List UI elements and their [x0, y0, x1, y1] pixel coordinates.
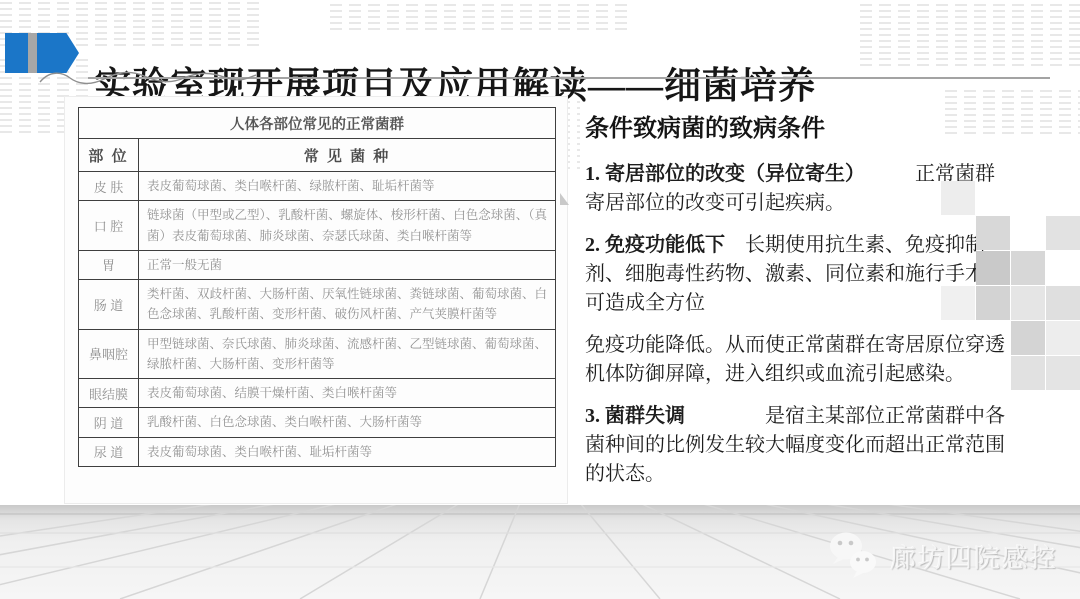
- content-point-3: 3. 菌群失调 是宿主某部位正常菌群中各菌种间的比例发生较大幅度变化而超出正常范…: [585, 402, 1009, 489]
- table-row: 肠 道 类杆菌、双歧杆菌、大肠杆菌、厌氧性链球菌、粪链球菌、葡萄球菌、白色念球菌…: [79, 280, 556, 330]
- mosaic-square: [1046, 286, 1080, 320]
- site-cell: 尿 道: [79, 437, 139, 466]
- mosaic-square: [1046, 216, 1080, 250]
- table-header-row: 部 位 常 见 菌 种: [79, 139, 556, 172]
- flora-cell: 链球菌（甲型或乙型）、乳酸杆菌、螺旋体、梭形杆菌、白色念球菌、（真菌）表皮葡萄球…: [139, 201, 556, 251]
- site-cell: 肠 道: [79, 280, 139, 330]
- watermark: 廊坊四院感控: [828, 531, 1058, 581]
- watermark-label: 廊坊四院感控: [890, 538, 1058, 575]
- site-cell: 阴 道: [79, 408, 139, 437]
- mosaic-square: [976, 286, 1010, 320]
- content-point-2-continued: 免疫功能降低。从而使正常菌群在寄居原位穿透机体防御屏障，进入组织或血流引起感染。: [585, 331, 1009, 389]
- mosaic-square: [941, 286, 975, 320]
- table-title: 人体各部位常见的正常菌群: [79, 108, 556, 139]
- mosaic-square: [1011, 251, 1045, 285]
- flora-cell: 表皮葡萄球菌、类白喉杆菌、耻垢杆菌等: [139, 437, 556, 466]
- flora-cell: 表皮葡萄球菌、类白喉杆菌、绿脓杆菌、耻垢杆菌等: [139, 172, 556, 201]
- mosaic-square: [1011, 356, 1045, 390]
- flora-cell: 表皮葡萄球菌、结膜干燥杆菌、类白喉杆菌等: [139, 379, 556, 408]
- flora-table-panel: 人体各部位常见的正常菌群 部 位 常 见 菌 种 皮 肤 表皮葡萄球菌、类白喉杆…: [65, 97, 567, 503]
- content-heading: 条件致病菌的致病条件: [585, 108, 1009, 143]
- site-cell: 胃: [79, 250, 139, 279]
- mosaic-square: [941, 181, 975, 215]
- mosaic-square: [1011, 321, 1045, 355]
- table-row: 皮 肤 表皮葡萄球菌、类白喉杆菌、绿脓杆菌、耻垢杆菌等: [79, 172, 556, 201]
- column-header-site: 部 位: [79, 139, 139, 172]
- mosaic-square: [976, 251, 1010, 285]
- point-text: 免疫功能降低。从而使正常菌群在寄居原位穿透机体防御屏障，进入组织或血流引起感染。: [585, 334, 1005, 385]
- fold-triangle-decoration: [560, 193, 569, 205]
- header-bullet-divider: [28, 33, 37, 73]
- flora-cell: 类杆菌、双歧杆菌、大肠杆菌、厌氧性链球菌、粪链球菌、葡萄球菌、白色念球菌、乳酸杆…: [139, 280, 556, 330]
- table-row: 鼻咽腔 甲型链球菌、奈氏球菌、肺炎球菌、流感杆菌、乙型链球菌、葡萄球菌、绿脓杆菌…: [79, 329, 556, 379]
- site-cell: 眼结膜: [79, 379, 139, 408]
- site-cell: 口 腔: [79, 201, 139, 251]
- site-cell: 皮 肤: [79, 172, 139, 201]
- point-lead: 3. 菌群失调: [585, 405, 685, 427]
- squiggle-line-decoration: [38, 64, 258, 90]
- table-row: 眼结膜 表皮葡萄球菌、结膜干燥杆菌、类白喉杆菌等: [79, 379, 556, 408]
- mosaic-square: [1046, 321, 1080, 355]
- mosaic-square: [976, 216, 1010, 250]
- table-row: 阴 道 乳酸杆菌、白色念球菌、类白喉杆菌、大肠杆菌等: [79, 408, 556, 437]
- column-header-flora: 常 见 菌 种: [139, 139, 556, 172]
- site-cell: 鼻咽腔: [79, 329, 139, 379]
- flora-cell: 甲型链球菌、奈氏球菌、肺炎球菌、流感杆菌、乙型链球菌、葡萄球菌、绿脓杆菌、大肠杆…: [139, 329, 556, 379]
- mosaic-square: [1011, 286, 1045, 320]
- table-row: 尿 道 表皮葡萄球菌、类白喉杆菌、耻垢杆菌等: [79, 437, 556, 466]
- flora-cell: 正常一般无菌: [139, 250, 556, 279]
- table-row: 胃 正常一般无菌: [79, 250, 556, 279]
- wechat-icon: [828, 531, 880, 581]
- point-lead: 1. 寄居部位的改变（异位寄生）: [585, 163, 855, 185]
- point-lead: 2. 免疫功能低下: [585, 234, 725, 256]
- table-row: 口 腔 链球菌（甲型或乙型）、乳酸杆菌、螺旋体、梭形杆菌、白色念球菌、（真菌）表…: [79, 201, 556, 251]
- normal-flora-table: 人体各部位常见的正常菌群 部 位 常 见 菌 种 皮 肤 表皮葡萄球菌、类白喉杆…: [78, 107, 556, 467]
- table-title-row: 人体各部位常见的正常菌群: [79, 108, 556, 139]
- map-pattern-decoration: [330, 0, 630, 30]
- flora-cell: 乳酸杆菌、白色念球菌、类白喉杆菌、大肠杆菌等: [139, 408, 556, 437]
- mosaic-square: [1046, 356, 1080, 390]
- header-bullet-bar: [5, 33, 28, 73]
